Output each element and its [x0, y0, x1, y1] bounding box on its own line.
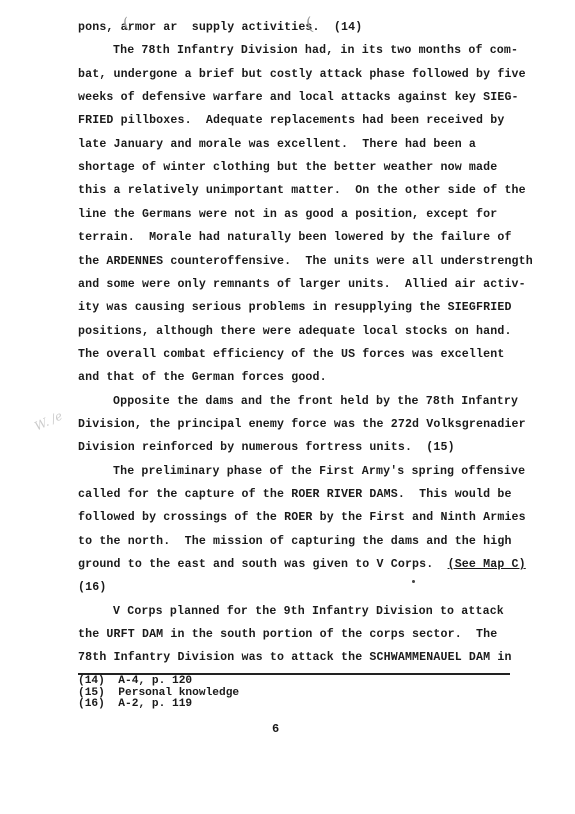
text-line: ground to the east and south was given t… — [78, 558, 526, 572]
text-line: FRIED pillboxes. Adequate replacements h… — [78, 114, 504, 128]
text-line: and some were only remnants of larger un… — [78, 278, 526, 292]
text-line: The preliminary phase of the First Army'… — [113, 465, 525, 479]
text-line: Division reinforced by numerous fortress… — [78, 441, 455, 455]
footnote-text: A-4, p. 120 — [118, 675, 192, 687]
page-number: 6 — [272, 722, 279, 736]
text-line: bat, undergone a brief but costly attack… — [78, 68, 526, 82]
text-line: to the north. The mission of capturing t… — [78, 535, 512, 549]
text-line: weeks of defensive warfare and local att… — [78, 91, 519, 105]
text-line: line the Germans were not in as good a p… — [78, 208, 497, 222]
text-line: positions, although there were adequate … — [78, 325, 512, 339]
text-line: Opposite the dams and the front held by … — [113, 395, 518, 409]
text-line: 78th Infantry Division was to attack the… — [78, 651, 512, 665]
text-line: The overall combat efficiency of the US … — [78, 348, 504, 362]
footnote-ref: (15) — [78, 687, 105, 699]
text-line: The 78th Infantry Division had, in its t… — [113, 44, 518, 58]
text-line: and that of the German forces good. — [78, 371, 327, 385]
footnote-text: Personal knowledge — [118, 687, 239, 699]
footnote-ref: (14) — [78, 675, 105, 687]
text-line: pons, armor ar supply activities. (14) — [78, 21, 362, 35]
text-line: this a relatively unimportant matter. On… — [78, 184, 526, 198]
map-reference: (See Map C) — [448, 558, 526, 571]
line-text: ground to the east and south was given t… — [78, 558, 448, 571]
footnote-text: A-2, p. 119 — [118, 698, 192, 710]
text-line: called for the capture of the ROER RIVER… — [78, 488, 512, 502]
footnote-ref: (16) — [78, 698, 105, 710]
text-line: the URFT DAM in the south portion of the… — [78, 628, 497, 642]
ink-speck — [412, 580, 415, 583]
text-line: late January and morale was excellent. T… — [78, 138, 476, 152]
text-line: followed by crossings of the ROER by the… — [78, 511, 526, 525]
margin-handwriting: W. /e — [32, 409, 64, 434]
text-line: terrain. Morale had naturally been lower… — [78, 231, 512, 245]
text-line: V Corps planned for the 9th Infantry Div… — [113, 605, 504, 619]
document-page: pons, armor ar supply activities. (14)Th… — [0, 0, 575, 814]
text-line: shortage of winter clothing but the bett… — [78, 161, 497, 175]
text-line: (16) — [78, 581, 106, 595]
footnote: (16) A-2, p. 119 — [78, 699, 192, 711]
text-line: Division, the principal enemy force was … — [78, 418, 526, 432]
text-line: the ARDENNES counteroffensive. The units… — [78, 255, 533, 269]
text-line: ity was causing serious problems in resu… — [78, 301, 512, 315]
